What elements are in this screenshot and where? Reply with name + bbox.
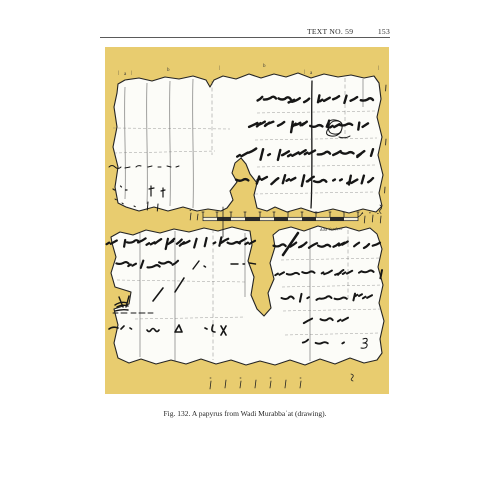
figure-caption: Fig. 132. A papyrus from Wadi Murabbaʿat… (95, 409, 395, 418)
header-rule (100, 37, 390, 38)
fragment-label: | (304, 70, 305, 75)
fragment-label: | (378, 66, 379, 71)
fragment-label: | (118, 71, 119, 76)
fragment-label: a (124, 72, 127, 77)
page-header: TEXT NO. 59 153 (307, 27, 390, 36)
figure-plate: Ada Yardeni (105, 47, 389, 394)
fragment-label: b (167, 68, 170, 73)
lower-fragment (111, 226, 384, 365)
fragment-label: a (310, 71, 313, 76)
fragment-label: | (131, 71, 132, 76)
upper-fragment (113, 73, 383, 213)
fragment-label: b (263, 64, 266, 69)
papyrus-drawing: Ada Yardeni (105, 47, 389, 394)
running-title: TEXT NO. 59 (307, 27, 353, 36)
page-number: 153 (378, 27, 390, 36)
fragment-label: | (219, 66, 220, 71)
book-page: TEXT NO. 59 153 (0, 0, 500, 500)
